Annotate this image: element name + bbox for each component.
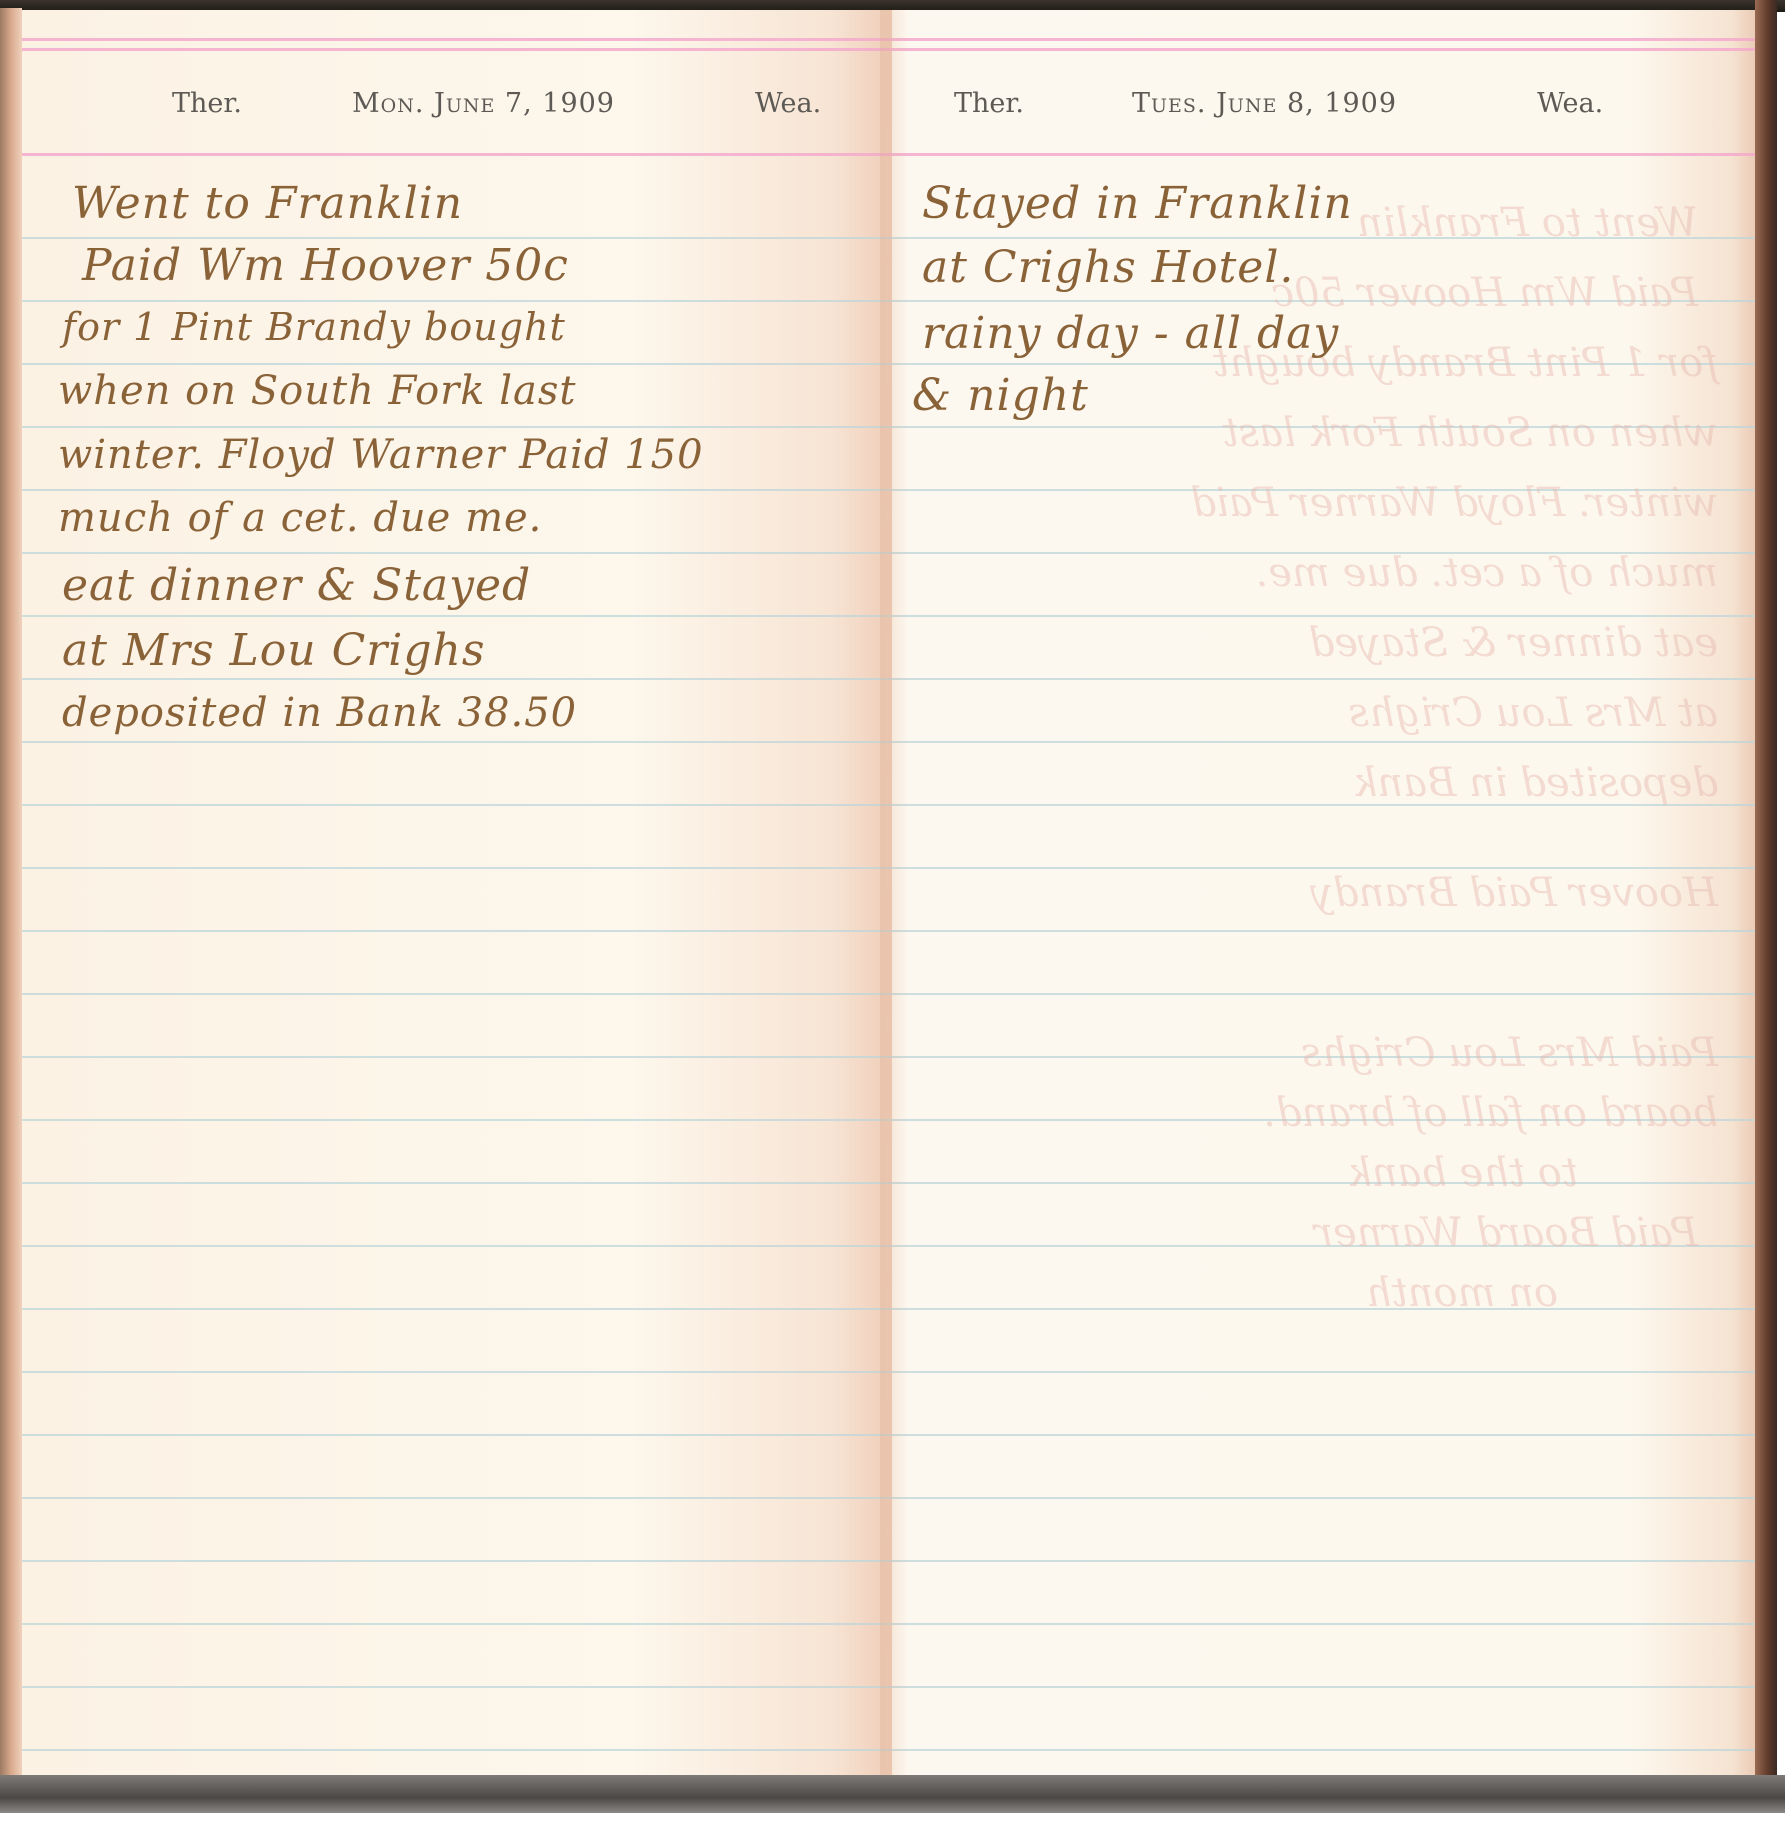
- thermometer-label: Ther.: [172, 88, 242, 119]
- ruled-line: [22, 867, 892, 869]
- ruled-line: [22, 993, 892, 995]
- ruled-line: [22, 1245, 892, 1247]
- ruled-line: [22, 552, 892, 554]
- ruled-line: [892, 615, 1758, 617]
- ruled-line: [892, 1308, 1758, 1310]
- entry-line: Paid Wm Hoover 50c: [82, 240, 569, 291]
- entry-line: rainy day - all day: [922, 308, 1339, 359]
- ruled-line: [22, 615, 892, 617]
- ruled-line: [22, 1560, 892, 1562]
- entry-line: at Crighs Hotel.: [922, 242, 1294, 293]
- ghost-line: much of a cet. due me.: [1256, 550, 1718, 596]
- ruled-line: [22, 678, 892, 680]
- ruled-line: [22, 1056, 892, 1058]
- header-rule-top-2: [22, 48, 892, 51]
- ruled-line: [22, 1434, 892, 1436]
- ruled-line: [22, 426, 892, 428]
- weather-label: Wea.: [1537, 88, 1603, 119]
- ruled-line: [892, 930, 1758, 932]
- ghost-line: eat dinner & Stayed: [1309, 620, 1718, 666]
- entry-line: Stayed in Franklin: [922, 178, 1353, 229]
- right-page: Ther. Tues. June 8, 1909 Wea. Went to Fr…: [892, 10, 1758, 1780]
- ruled-line: [22, 237, 892, 239]
- ruled-line: [892, 1434, 1758, 1436]
- header-rule-top-2: [892, 48, 1758, 51]
- entry-line: when on South Fork last: [58, 368, 576, 414]
- header-rule-top-1: [22, 38, 892, 41]
- ruled-line: [22, 1623, 892, 1625]
- entry-line: much of a cet. due me.: [58, 495, 542, 541]
- entry-line: Went to Franklin: [72, 178, 463, 229]
- thermometer-label: Ther.: [954, 88, 1024, 119]
- ruled-line: [892, 1560, 1758, 1562]
- ghost-line: to the bank: [1347, 1150, 1578, 1196]
- ruled-line: [892, 1749, 1758, 1751]
- entry-line: deposited in Bank 38.50: [62, 690, 577, 736]
- ruled-line: [892, 867, 1758, 869]
- ruled-line: [892, 993, 1758, 995]
- ruled-line: [22, 1749, 892, 1751]
- ghost-line: on month: [1366, 1270, 1558, 1316]
- ruled-line: [22, 363, 892, 365]
- ruled-line: [22, 741, 892, 743]
- entry-line: at Mrs Lou Crighs: [62, 625, 485, 676]
- ruled-line: [22, 1686, 892, 1688]
- ruled-line: [22, 1371, 892, 1373]
- entry-line: for 1 Pint Brandy bought: [62, 305, 566, 349]
- ruled-line: [22, 1497, 892, 1499]
- diary-scan: Ther. Mon. June 7, 1909 Wea. Went to Fra…: [0, 0, 1785, 1824]
- page-date: Mon. June 7, 1909: [352, 88, 615, 119]
- ruled-line: [892, 1623, 1758, 1625]
- ghost-line: when on South Fork last: [1223, 410, 1718, 456]
- ghost-line: Went to Franklin: [1357, 200, 1698, 246]
- left-page: Ther. Mon. June 7, 1909 Wea. Went to Fra…: [22, 10, 892, 1780]
- book-cover-right-edge: [1755, 0, 1777, 1790]
- ruled-line: [22, 804, 892, 806]
- ruled-line: [22, 489, 892, 491]
- ghost-line: Hoover Paid Brandy: [1310, 870, 1718, 916]
- ruled-line: [892, 741, 1758, 743]
- ruled-line: [22, 1308, 892, 1310]
- ghost-line: winter. Floyd Warner Paid: [1191, 480, 1718, 526]
- right-page-header: Ther. Tues. June 8, 1909 Wea.: [892, 80, 1758, 130]
- book-cover-bottom-edge: [0, 1775, 1785, 1813]
- page-stack-left-edge: [0, 8, 22, 1783]
- entry-line: eat dinner & Stayed: [62, 560, 531, 611]
- page-date: Tues. June 8, 1909: [1132, 88, 1397, 119]
- ghost-line: deposited in Bank: [1353, 760, 1718, 806]
- entry-line: & night: [912, 370, 1089, 421]
- weather-label: Wea.: [755, 88, 821, 119]
- ghost-line: Paid Mrs Lou Crighs: [1301, 1030, 1718, 1076]
- ruled-line: [892, 1182, 1758, 1184]
- ruled-line: [892, 678, 1758, 680]
- ruled-line: [22, 1182, 892, 1184]
- ghost-line: board on fall of brand.: [1263, 1090, 1718, 1136]
- ruled-line: [892, 1371, 1758, 1373]
- ruled-line: [22, 1119, 892, 1121]
- header-rule-bottom: [892, 153, 1758, 156]
- left-page-header: Ther. Mon. June 7, 1909 Wea.: [22, 80, 892, 130]
- header-rule-top-1: [892, 38, 1758, 41]
- ruled-line: [22, 300, 892, 302]
- ruled-line: [22, 930, 892, 932]
- ruled-line: [892, 1497, 1758, 1499]
- book-gutter: [880, 10, 920, 1780]
- ghost-line: at Mrs Lou Crighs: [1349, 690, 1719, 736]
- ghost-line: Paid Board Warner: [1314, 1210, 1698, 1256]
- ruled-line: [892, 1686, 1758, 1688]
- entry-line: winter. Floyd Warner Paid 150: [58, 432, 704, 478]
- header-rule-bottom: [22, 153, 892, 156]
